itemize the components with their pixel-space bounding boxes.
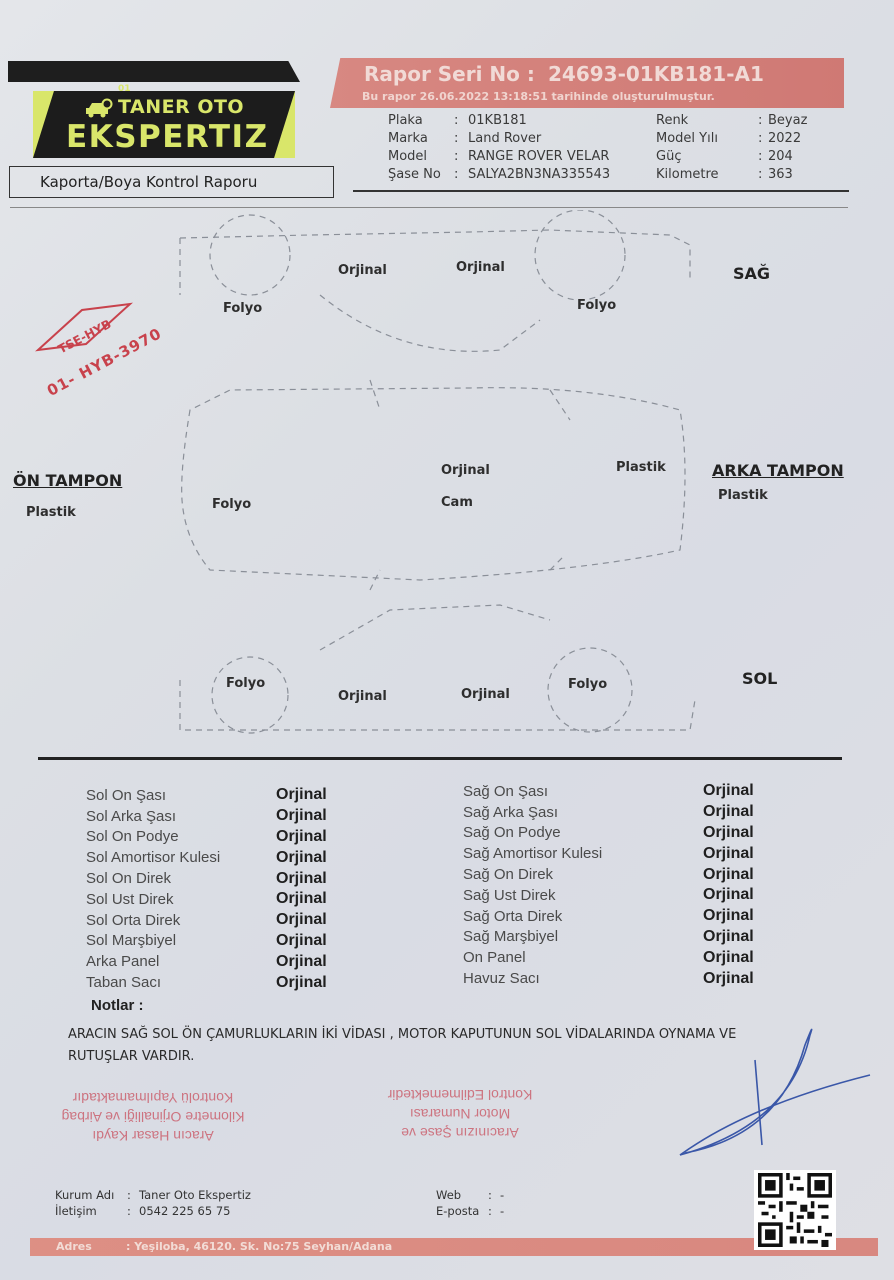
web-value: - [500, 1188, 504, 1204]
left-rear-fender-status: Folyo [568, 677, 607, 692]
divider [10, 207, 848, 208]
logo-line-1: TANER OTO [118, 96, 244, 118]
checklist-row: Sağ Amortisor KulesiOrjinal [463, 843, 754, 864]
address-value: : Yeşiloba, 46120. Sk. No:75 Seyhan/Adan… [126, 1240, 392, 1253]
checklist-row: Sağ Orta DirekOrjinal [463, 906, 754, 927]
checklist-status: Orjinal [703, 928, 754, 946]
checklist-status: Orjinal [703, 907, 754, 925]
vehicle-info-row: Şase No: SALYA2BN3NA335543 Kilometre: 36… [388, 167, 807, 185]
checklist-part: Sağ Arka Şası [463, 804, 703, 821]
section-divider [38, 757, 842, 760]
car-magnifier-icon [86, 98, 114, 118]
checklist-row: Sağ On ŞasıOrjinal [463, 781, 754, 802]
checklist-row: Sol Orta DirekOrjinal [86, 910, 327, 931]
rear-bumper-title: ARKA TAMPON [712, 461, 844, 480]
info-label: Marka [388, 131, 454, 149]
checklist-status: Orjinal [703, 886, 754, 904]
checklist-status: Orjinal [276, 807, 327, 825]
checklist-status: Orjinal [703, 845, 754, 863]
checklist-part: Sağ Orta Direk [463, 908, 703, 925]
checklist-part: Sağ Ust Direk [463, 887, 703, 904]
info-value: Beyaz [768, 113, 807, 131]
front-bumper-status: Plastik [26, 505, 76, 520]
checklist-part: Havuz Sacı [463, 970, 703, 987]
checklist-part: Sağ Marşbiyel [463, 928, 703, 945]
left-front-fender-status: Folyo [226, 676, 265, 691]
checklist-row: Sağ On PodyeOrjinal [463, 823, 754, 844]
logo-prefix: 01 [118, 84, 131, 94]
vehicle-info: Plaka: 01KB181 Renk: Beyaz Marka: Land R… [388, 113, 807, 185]
info-value: Land Rover [468, 131, 656, 149]
trunk-status: Plastik [616, 460, 666, 475]
right-rear-fender-status: Folyo [577, 298, 616, 313]
vehicle-info-row: Model: RANGE ROVER VELAR Güç: 204 [388, 149, 807, 167]
checklist-part: Sol Marşbiyel [86, 932, 276, 949]
logo-top-bar [8, 61, 300, 82]
right-rear-door-status: Orjinal [456, 260, 505, 275]
checklist-part: Sağ On Direk [463, 866, 703, 883]
info-value: RANGE ROVER VELAR [468, 149, 656, 167]
info-label: Model [388, 149, 454, 167]
checklist-part: Sol Arka Şası [86, 808, 276, 825]
left-side-title: SOL [742, 669, 777, 688]
checklist-part: Sol Amortisor Kulesi [86, 849, 276, 866]
checklist-part: On Panel [463, 949, 703, 966]
info-label: Model Yılı [656, 131, 758, 149]
checklist-status: Orjinal [276, 953, 327, 971]
checklist-row: Taban SacıOrjinal [86, 972, 327, 993]
car-outline-diagram [170, 210, 710, 750]
checklist-row: Sol On DirekOrjinal [86, 868, 327, 889]
info-label: Plaka [388, 113, 454, 131]
mirrored-stamp-left: Aracın Hasar Kaydı Kilometre Orjinalliği… [48, 1088, 258, 1145]
logo-line-2: EKSPERTIZ [66, 119, 269, 155]
checklist-status: Orjinal [276, 890, 327, 908]
roof-glass-status: Cam [441, 495, 473, 510]
checklist-row: Sağ Arka ŞasıOrjinal [463, 802, 754, 823]
rear-bumper-status: Plastik [718, 488, 768, 503]
checklist-row: Sol Amortisor KulesiOrjinal [86, 847, 327, 868]
info-label: Şase No [388, 167, 454, 185]
checklist-right: Sağ On ŞasıOrjinalSağ Arka ŞasıOrjinalSa… [463, 781, 754, 989]
serial-number: 24693-01KB181-A1 [548, 62, 764, 86]
checklist-row: Sağ Ust DirekOrjinal [463, 885, 754, 906]
qr-code-icon[interactable] [754, 1170, 836, 1250]
report-type-title: Kaporta/Boya Kontrol Raporu [9, 166, 334, 198]
roof-status: Orjinal [441, 463, 490, 478]
checklist-part: Sağ Amortisor Kulesi [463, 845, 703, 862]
right-side-title: SAĞ [733, 264, 770, 283]
checklist-part: Sol Orta Direk [86, 912, 276, 929]
checklist-left: Sol On ŞasıOrjinalSol Arka ŞasıOrjinalSo… [86, 785, 327, 993]
email-value: - [500, 1204, 504, 1220]
info-value: 2022 [768, 131, 801, 149]
checklist-part: Sol On Direk [86, 870, 276, 887]
checklist-row: Havuz SacıOrjinal [463, 968, 754, 989]
checklist-part: Sağ On Podye [463, 824, 703, 841]
vehicle-info-row: Marka: Land Rover Model Yılı: 2022 [388, 131, 807, 149]
created-timestamp: Bu rapor 26.06.2022 13:18:51 tarihinde o… [362, 90, 715, 103]
checklist-status: Orjinal [276, 870, 327, 888]
checklist-part: Sol On Şası [86, 787, 276, 804]
checklist-row: Arka PanelOrjinal [86, 951, 327, 972]
vehicle-info-row: Plaka: 01KB181 Renk: Beyaz [388, 113, 807, 131]
signature [670, 1025, 880, 1165]
checklist-row: Sol Arka ŞasıOrjinal [86, 806, 327, 827]
address-label: Adres [56, 1240, 92, 1253]
info-label: Kilometre [656, 167, 758, 185]
checklist-status: Orjinal [276, 786, 327, 804]
divider [353, 190, 849, 192]
checklist-row: Sol On ŞasıOrjinal [86, 785, 327, 806]
phone-number: 0542 225 65 75 [139, 1204, 230, 1220]
checklist-status: Orjinal [276, 974, 327, 992]
info-value: SALYA2BN3NA335543 [468, 167, 656, 185]
checklist-row: Sol MarşbiyelOrjinal [86, 931, 327, 952]
right-front-door-status: Orjinal [338, 263, 387, 278]
checklist-row: Sol Ust DirekOrjinal [86, 889, 327, 910]
left-front-door-status: Orjinal [338, 689, 387, 704]
institution-name: Taner Oto Ekspertiz [139, 1188, 251, 1204]
checklist-status: Orjinal [703, 949, 754, 967]
checklist-status: Orjinal [703, 866, 754, 884]
info-value: 01KB181 [468, 113, 656, 131]
info-label: Güç [656, 149, 758, 167]
checklist-status: Orjinal [276, 932, 327, 950]
footer-contact: Kurum Adı:Taner Oto Ekspertiz İletişim:0… [55, 1188, 251, 1220]
info-label: Renk [656, 113, 758, 131]
checklist-part: Sol Ust Direk [86, 891, 276, 908]
checklist-part: Sağ On Şası [463, 783, 703, 800]
checklist-part: Sol On Podye [86, 828, 276, 845]
checklist-row: Sağ On DirekOrjinal [463, 864, 754, 885]
front-bumper-title: ÖN TAMPON [13, 471, 122, 490]
mirrored-stamp-right: Aracınızın Şase ve Motor Numarası Kontro… [350, 1085, 570, 1142]
info-value: 204 [768, 149, 793, 167]
serial-label: Rapor Seri No : [364, 62, 535, 86]
checklist-status: Orjinal [276, 911, 327, 929]
left-rear-door-status: Orjinal [461, 687, 510, 702]
footer-online: Web:- E-posta:- [436, 1188, 504, 1220]
checklist-status: Orjinal [703, 824, 754, 842]
checklist-row: Sol On PodyeOrjinal [86, 827, 327, 848]
info-value: 363 [768, 167, 793, 185]
checklist-status: Orjinal [276, 828, 327, 846]
checklist-part: Taban Sacı [86, 974, 276, 991]
checklist-status: Orjinal [703, 782, 754, 800]
checklist-part: Arka Panel [86, 953, 276, 970]
checklist-status: Orjinal [703, 803, 754, 821]
right-front-fender-status: Folyo [223, 301, 262, 316]
checklist-status: Orjinal [276, 849, 327, 867]
checklist-row: Sağ MarşbiyelOrjinal [463, 927, 754, 948]
checklist-row: On PanelOrjinal [463, 947, 754, 968]
checklist-status: Orjinal [703, 970, 754, 988]
hood-status: Folyo [212, 497, 251, 512]
notes-label: Notlar : [91, 997, 144, 1014]
